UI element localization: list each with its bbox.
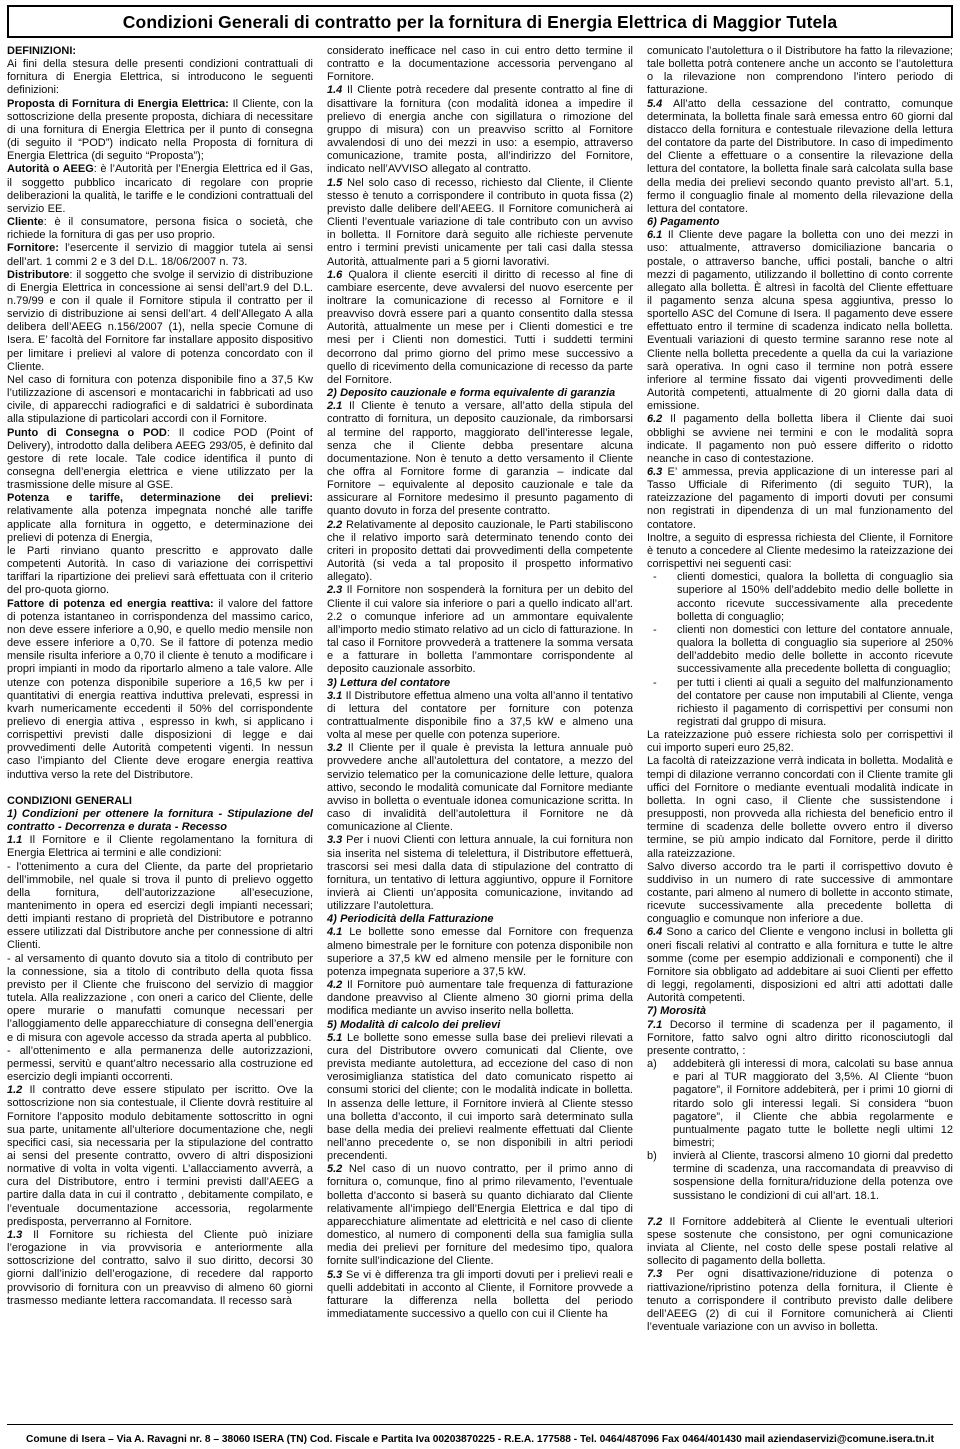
paragraph: - all’ottenimento e alla permanenza dell… [7, 1045, 313, 1084]
text-run: 7.3 [647, 1268, 662, 1280]
text-run: Il contratto deve essere stipulato per i… [7, 1084, 313, 1228]
column-2: considerato inefficace nel caso in cui e… [327, 45, 633, 1334]
paragraph: le Parti rinviano quanto prescritto e ap… [7, 545, 313, 598]
paragraph: La rateizzazione può essere richiesta so… [647, 729, 953, 755]
paragraph: Nel caso di fornitura con potenza dispon… [7, 374, 313, 427]
text-run: Cliente [7, 216, 44, 228]
spacer [7, 782, 313, 795]
text-run: Nel caso di fornitura con potenza dispon… [7, 374, 313, 425]
text-run: il valore del fattore di potenza istanta… [7, 598, 313, 781]
paragraph: 1) Condizioni per ottenere la fornitura … [7, 808, 313, 834]
paragraph: 1.1 Il Fornitore e il Cliente regolament… [7, 834, 313, 860]
text-run: Le bollette sono emesse sulla base dei p… [327, 1032, 633, 1162]
text-run: Il Distributore effettua almeno una volt… [327, 690, 633, 741]
paragraph: 3.2 Il Cliente per il quale è prevista l… [327, 742, 633, 834]
text-run: 7.1 [647, 1019, 662, 1031]
paragraph: 6.3 E’ ammessa, previa applicazione di u… [647, 466, 953, 532]
list-marker: - [653, 624, 657, 637]
paragraph: 2.1 Il Cliente è tenuto a versare, all’a… [327, 400, 633, 518]
list-marker: a) [647, 1058, 657, 1071]
paragraph: 5.2 Nel caso di un nuovo contratto, per … [327, 1163, 633, 1268]
paragraph: La facoltà di rateizzazione verrà indica… [647, 755, 953, 860]
paragraph: Cliente: è il consumatore, persona fisic… [7, 216, 313, 242]
text-run: addebiterà gli interessi di mora, calcol… [673, 1058, 953, 1149]
paragraph: Potenza e tariffe, determinazione dei pr… [7, 492, 313, 545]
text-run: Nel solo caso di recesso, richiesto dal … [327, 177, 633, 268]
text-run: 2.2 [327, 519, 342, 531]
text-run: 6) Pagamento [647, 216, 719, 228]
text-run: le Parti rinviano quanto prescritto e ap… [7, 545, 313, 596]
text-run: Il Fornitore può aumentare tale frequenz… [327, 979, 633, 1017]
paragraph: 1.6 Qualora il cliente eserciti il dirit… [327, 269, 633, 387]
text-run: Fattore di potenza ed energia reattiva: [7, 598, 214, 610]
paragraph: 3.3 Per i nuovi Clienti con lettura annu… [327, 834, 633, 913]
text-run: 2.1 [327, 400, 342, 412]
text-run: Distributore [7, 269, 69, 281]
paragraph: b)invierà al Cliente, trascorsi almeno 1… [647, 1150, 953, 1203]
page-title: Condizioni Generali di contratto per la … [123, 12, 837, 32]
text-run: Fornitore: [7, 242, 59, 254]
text-run: 5) Modalità di calcolo dei prelievi [327, 1019, 500, 1031]
text-run: 5.4 [647, 98, 662, 110]
text-run: Punto di Consegna o POD [7, 427, 167, 439]
paragraph: DEFINIZIONI: [7, 45, 313, 58]
text-run: 4.2 [327, 979, 342, 991]
text-run: All’atto della cessazione del contratto,… [647, 98, 953, 215]
text-run: 6.3 [647, 466, 662, 478]
text-run: 6.4 [647, 926, 662, 938]
paragraph: Fattore di potenza ed energia reattiva: … [7, 598, 313, 782]
paragraph: 1.5 Nel solo caso di recesso, richiesto … [327, 177, 633, 269]
text-run: 2.3 [327, 584, 342, 596]
text-run: Per i nuovi Clienti con lettura annuale,… [327, 834, 633, 912]
paragraph: 6) Pagamento [647, 216, 953, 229]
paragraph: 2.3 Il Fornitore non sospenderà la forni… [327, 584, 633, 676]
text-run: Il Fornitore addebiterà al Cliente le ev… [647, 1216, 953, 1267]
paragraph: 1.2 Il contratto deve essere stipulato p… [7, 1084, 313, 1229]
text-run: Proposta di Fornitura di Energia Elettri… [7, 98, 229, 110]
text-run: - l’ottenimento a cura del Cliente, da p… [7, 861, 313, 952]
paragraph: a)addebiterà gli interessi di mora, calc… [647, 1058, 953, 1150]
paragraph: 4.1 Le bollette sono emesse dal Fornitor… [327, 926, 633, 979]
text-run: Relativamente al deposito cauzionale, le… [327, 519, 633, 584]
paragraph: Distributore: il soggetto che svolge il … [7, 269, 313, 374]
paragraph: Punto di Consegna o POD: Il codice POD (… [7, 427, 313, 493]
text-run: invierà al Cliente, trascorsi almeno 10 … [673, 1150, 953, 1201]
column-1: DEFINIZIONI:Ai fini della stesura delle … [7, 45, 313, 1334]
text-run: DEFINIZIONI: [7, 45, 76, 57]
text-run: Il Fornitore e il Cliente regolamentano … [7, 834, 313, 859]
text-run: relativamente alla potenza impegnata non… [7, 505, 313, 543]
text-run: 6.1 [647, 229, 662, 241]
paragraph: 5) Modalità di calcolo dei prelievi [327, 1019, 633, 1032]
text-run: comunicato l’autolettura o il Distributo… [647, 45, 953, 96]
paragraph: CONDIZIONI GENERALI [7, 795, 313, 808]
column-3: comunicato l’autolettura o il Distributo… [647, 45, 953, 1334]
text-run: 2) Deposito cauzionale e forma equivalen… [327, 387, 615, 399]
text-run: Le bollette sono emesse dal Fornitore co… [327, 926, 633, 977]
paragraph: 5.3 Se vi è differenza tra gli importi d… [327, 1269, 633, 1322]
text-run: Il pagamento della bolletta libera il Cl… [647, 413, 953, 464]
text-run: La rateizzazione può essere richiesta so… [647, 729, 953, 754]
text-run: E’ ammessa, previa applicazione di un in… [647, 466, 953, 531]
text-run: Il Cliente per il quale è prevista la le… [327, 742, 633, 833]
text-run: considerato inefficace nel caso in cui e… [327, 45, 633, 83]
text-run: 1.3 [7, 1229, 22, 1241]
spacer [647, 1203, 953, 1216]
list-marker: - [653, 677, 657, 690]
text-run: Autorità o AEEG [7, 163, 94, 175]
text-run: Il Fornitore su richiesta del Cliente pu… [7, 1229, 313, 1307]
paragraph: 7.3 Per ogni disattivazione/riduzione di… [647, 1268, 953, 1334]
list-marker: - [653, 571, 657, 584]
text-run: : è il consumatore, persona fisica o soc… [7, 216, 313, 241]
paragraph: Salvo diverso accordo tra le parti il co… [647, 861, 953, 927]
paragraph: 2.2 Relativamente al deposito cauzionale… [327, 519, 633, 585]
list-marker: b) [647, 1150, 657, 1163]
text-run: 3.2 [327, 742, 342, 754]
text-run: 7) Morosità [647, 1005, 706, 1017]
paragraph: Proposta di Fornitura di Energia Elettri… [7, 98, 313, 164]
text-run: Il Fornitore non sospenderà la fornitura… [327, 584, 633, 675]
paragraph: 1.4 Il Cliente potrà recedere dal presen… [327, 84, 633, 176]
text-run: 4) Periodicità della Fatturazione [327, 913, 494, 925]
paragraph: - al versamento di quanto dovuto sia a t… [7, 953, 313, 1045]
footer-text: Comune di Isera – Via A. Ravagni nr. 8 –… [26, 1434, 934, 1445]
text-run: - al versamento di quanto dovuto sia a t… [7, 953, 313, 1044]
text-run: : il soggetto che svolge il servizio di … [7, 269, 313, 373]
paragraph: 5.1 Le bollette sono emesse sulla base d… [327, 1032, 633, 1164]
text-run: 1.4 [327, 84, 342, 96]
paragraph: 6.2 Il pagamento della bolletta libera i… [647, 413, 953, 466]
paragraph: 7) Morosità [647, 1005, 953, 1018]
text-run: 5.2 [327, 1163, 342, 1175]
text-run: 5.1 [327, 1032, 342, 1044]
text-run: Inoltre, a seguito di espressa richiesta… [647, 532, 953, 570]
paragraph: 5.4 All’atto della cessazione del contra… [647, 98, 953, 216]
paragraph: -clienti domestici, qualora la bolletta … [647, 571, 953, 624]
text-run: 3.1 [327, 690, 342, 702]
text-run: 1.2 [7, 1084, 22, 1096]
paragraph: 1.3 Il Fornitore su richiesta del Client… [7, 1229, 313, 1308]
paragraph: 6.4 Sono a carico del Cliente e vengono … [647, 926, 953, 1005]
text-run: clienti non domestici con letture del co… [677, 624, 953, 675]
text-run: 1.6 [327, 269, 342, 281]
footer: Comune di Isera – Via A. Ravagni nr. 8 –… [7, 1424, 953, 1446]
paragraph: Fornitore: l’esercente il servizio di ma… [7, 242, 313, 268]
text-run: 7.2 [647, 1216, 662, 1228]
paragraph: Autorità o AEEG: è l’Autorità per l’Ener… [7, 163, 313, 216]
paragraph: 2) Deposito cauzionale e forma equivalen… [327, 387, 633, 400]
text-run: 3.3 [327, 834, 342, 846]
text-run: La facoltà di rateizzazione verrà indica… [647, 755, 953, 859]
paragraph: 6.1 Il Cliente deve pagare la bolletta c… [647, 229, 953, 413]
text-run: CONDIZIONI GENERALI [7, 795, 132, 807]
text-run: Qualora il cliente eserciti il diritto d… [327, 269, 633, 386]
text-run: Potenza e tariffe, determinazione dei pr… [7, 492, 313, 504]
text-run: 1.1 [7, 834, 22, 846]
text-run: 3) Lettura del contatore [327, 677, 450, 689]
paragraph: 4) Periodicità della Fatturazione [327, 913, 633, 926]
text-run: Ai fini della stesura delle presenti con… [7, 58, 313, 96]
text-run: per tutti i clienti ai quali a seguito d… [677, 677, 953, 728]
text-run: 6.2 [647, 413, 662, 425]
text-run: Sono a carico del Cliente e vengono incl… [647, 926, 953, 1004]
text-run: 1) Condizioni per ottenere la fornitura … [7, 808, 313, 833]
paragraph: -clienti non domestici con letture del c… [647, 624, 953, 677]
paragraph: comunicato l’autolettura o il Distributo… [647, 45, 953, 98]
document-title-box: Condizioni Generali di contratto per la … [7, 5, 953, 38]
text-run: Il Cliente è tenuto a versare, all’atto … [327, 400, 633, 517]
text-run: Se vi è differenza tra gli importi dovut… [327, 1269, 633, 1320]
paragraph: considerato inefficace nel caso in cui e… [327, 45, 633, 84]
text-run: 1.5 [327, 177, 342, 189]
paragraph: 4.2 Il Fornitore può aumentare tale freq… [327, 979, 633, 1018]
text-run: Il Cliente deve pagare la bolletta con u… [647, 229, 953, 412]
text-run: Nel caso di un nuovo contratto, per il p… [327, 1163, 633, 1267]
text-run: Decorso il termine di scadenza per il pa… [647, 1019, 953, 1057]
document-page: Condizioni Generali di contratto per la … [0, 0, 960, 1449]
text-run: clienti domestici, qualora la bolletta d… [677, 571, 953, 622]
paragraph: 3) Lettura del contatore [327, 677, 633, 690]
text-run: Per ogni disattivazione/riduzione di pot… [647, 1268, 953, 1333]
paragraph: -per tutti i clienti ai quali a seguito … [647, 677, 953, 730]
paragraph: - l’ottenimento a cura del Cliente, da p… [7, 861, 313, 953]
paragraph: Inoltre, a seguito di espressa richiesta… [647, 532, 953, 571]
body-columns: DEFINIZIONI:Ai fini della stesura delle … [7, 38, 953, 1334]
text-run: - all’ottenimento e alla permanenza dell… [7, 1045, 313, 1083]
text-run: 5.3 [327, 1269, 342, 1281]
text-run: 4.1 [327, 926, 342, 938]
text-run: Il Cliente potrà recedere dal presente c… [327, 84, 633, 175]
paragraph: Ai fini della stesura delle presenti con… [7, 58, 313, 97]
paragraph: 7.1 Decorso il termine di scadenza per i… [647, 1019, 953, 1058]
paragraph: 3.1 Il Distributore effettua almeno una … [327, 690, 633, 743]
text-run: Salvo diverso accordo tra le parti il co… [647, 861, 953, 926]
paragraph: 7.2 Il Fornitore addebiterà al Cliente l… [647, 1216, 953, 1269]
